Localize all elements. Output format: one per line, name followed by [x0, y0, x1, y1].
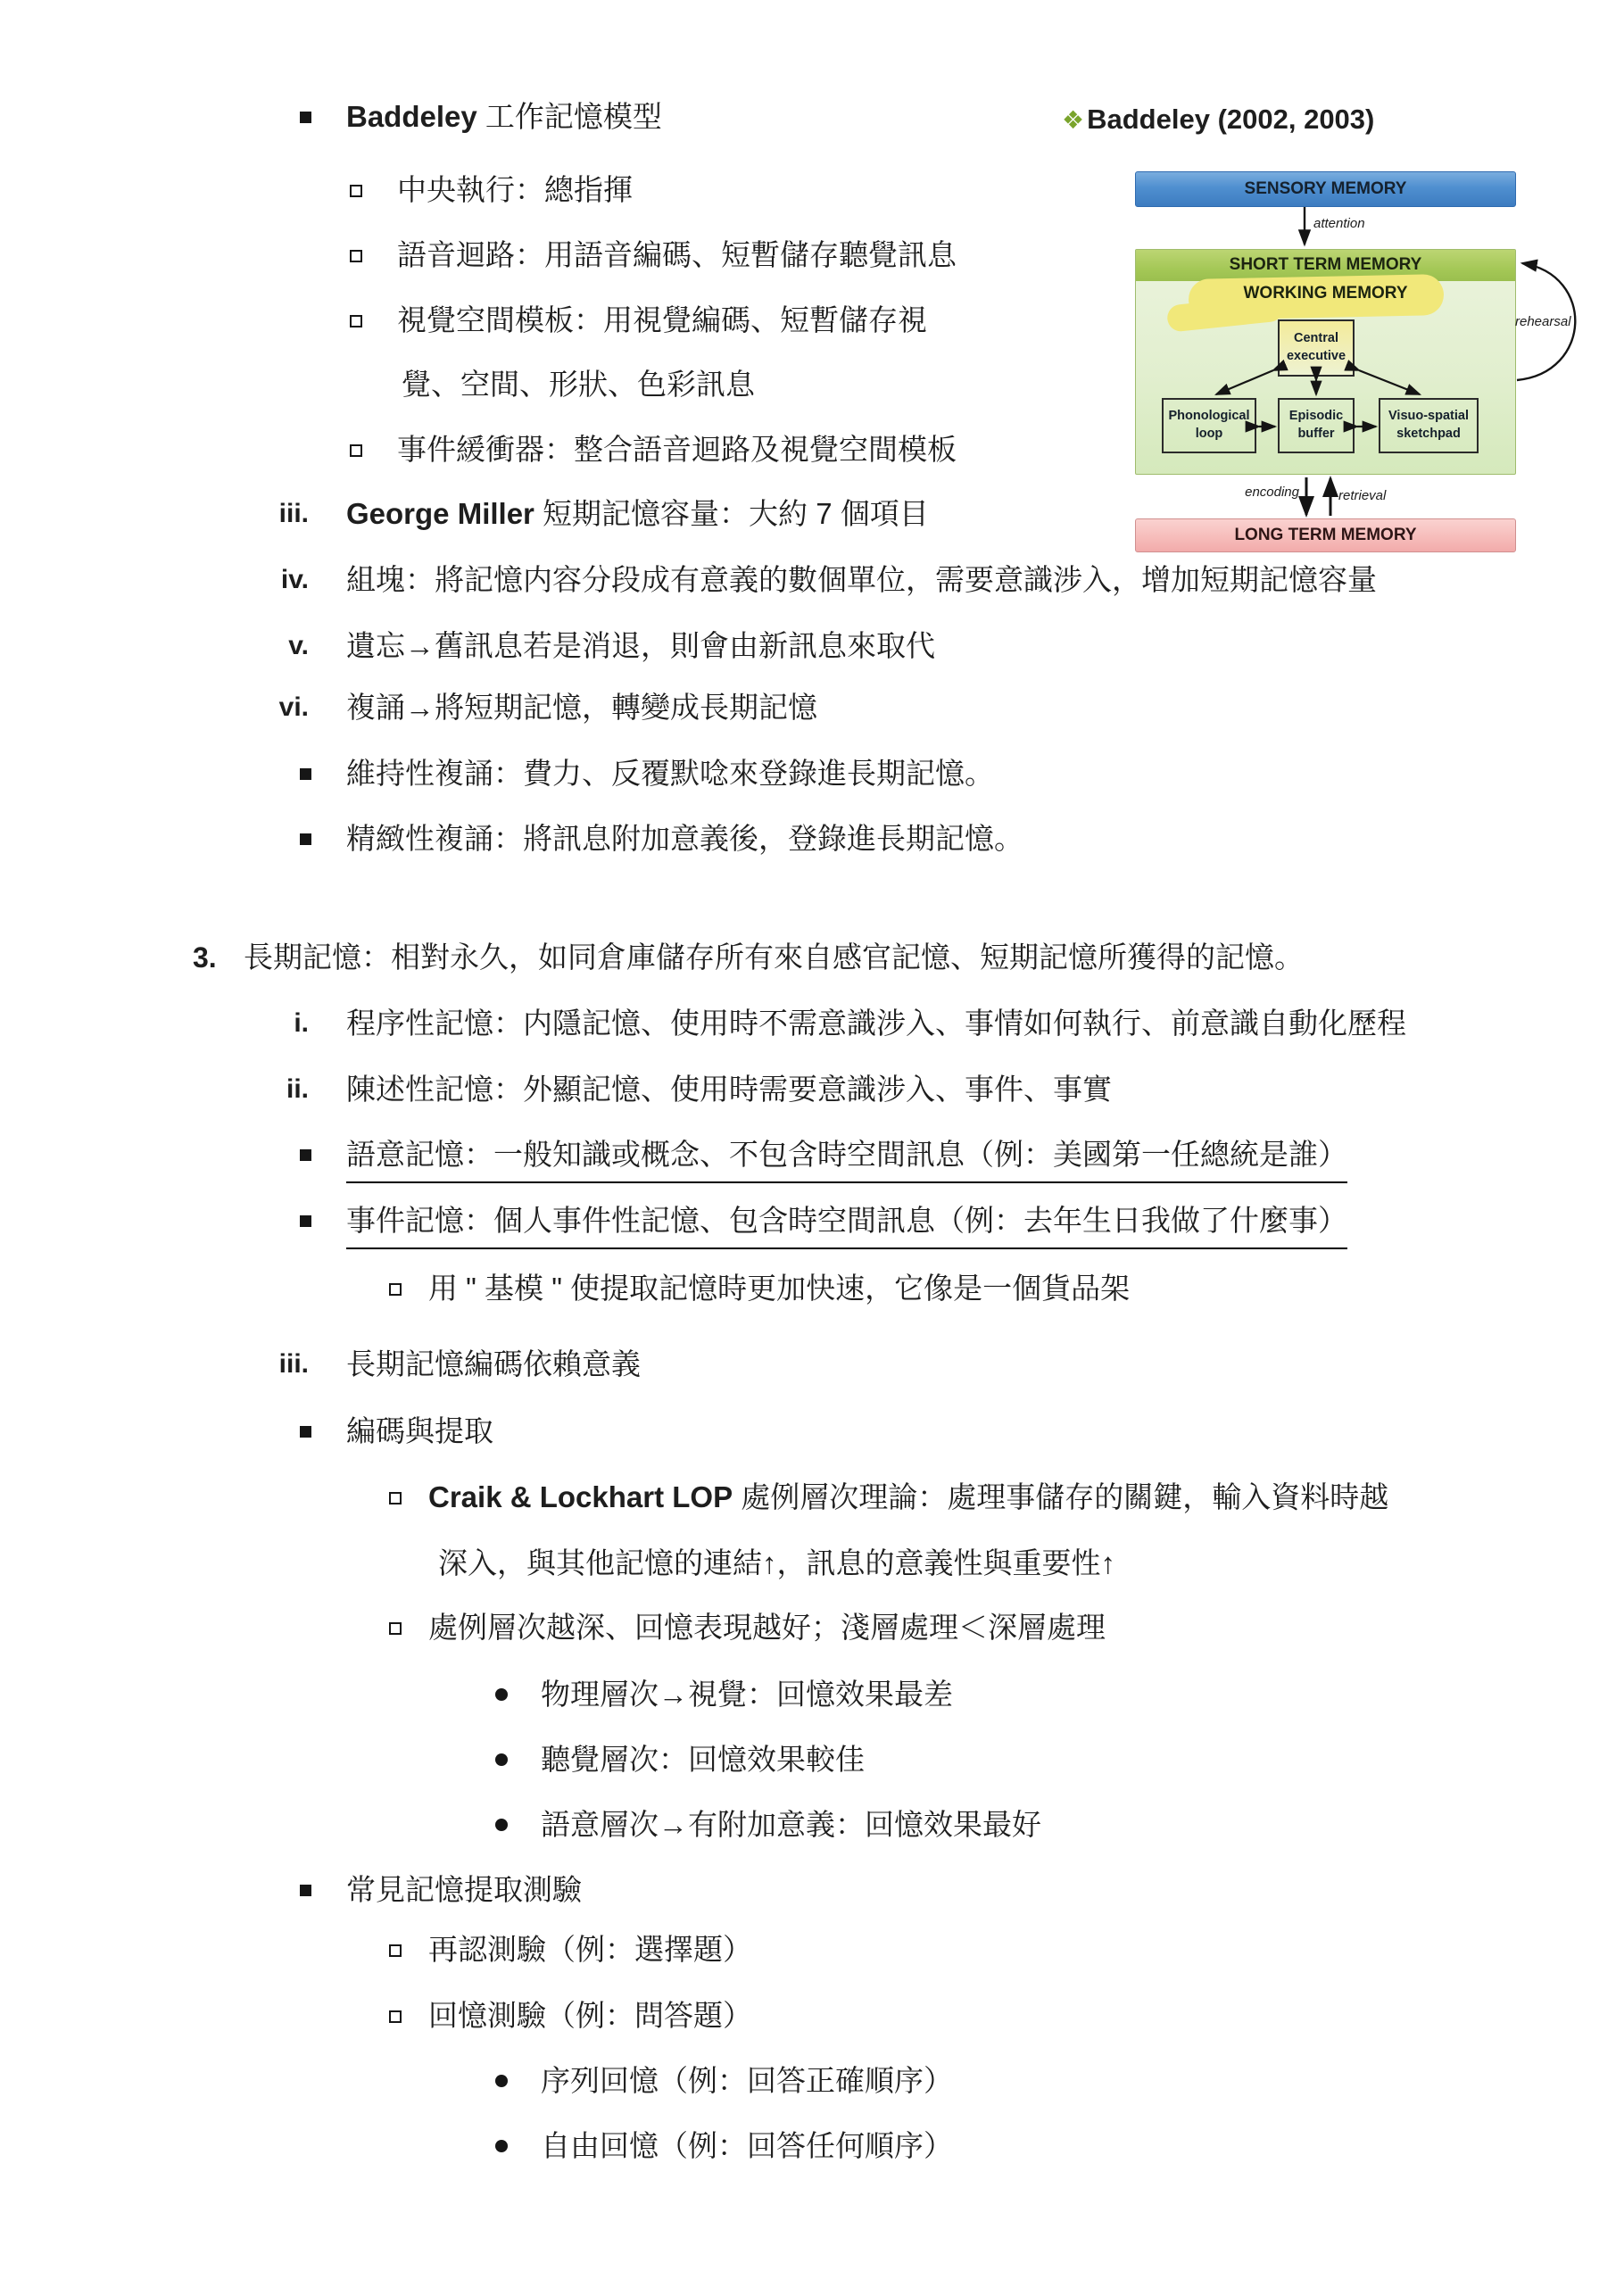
outline-line: iii. 長期記憶編碼依賴意義 [0, 1344, 1624, 1385]
line-text: Craik & Lockhart LOP 處例層次理論：處理事儲存的關鍵，輸入資… [428, 1477, 1388, 1518]
filled-square-bullet-icon [300, 1149, 311, 1161]
roman-numeral: i. [212, 1003, 309, 1044]
line-text: 長期記憶編碼依賴意義 [346, 1344, 641, 1385]
line-text: 用 " 基模 " 使提取記憶時更加快速，它像是一個貨品架 [428, 1268, 1130, 1309]
hollow-square-bullet-icon [389, 1492, 402, 1504]
sensory-memory-box: SENSORY MEMORY [1135, 171, 1516, 207]
line-text: 處例層次越深、回憶表現越好；淺層處理＜深層處理 [428, 1607, 1106, 1648]
retrieval-label: retrieval [1338, 488, 1386, 503]
outline-line: 處例層次越深、回憶表現越好；淺層處理＜深層處理 [0, 1607, 1624, 1648]
outline-line: iv. 組塊：將記憶内容分段成有意義的數個單位，需要意識涉入，增加短期記憶容量 [0, 559, 1624, 601]
dot-bullet-icon [495, 1753, 508, 1766]
outline-line: 序列回憶（例：回答正確順序） [0, 2060, 1624, 2101]
line-text: 複誦→將短期記憶，轉變成長期記憶 [346, 687, 817, 728]
hollow-square-bullet-icon [389, 2010, 402, 2023]
outline-line-continuation: 深入，與其他記憶的連結↑，訊息的意義性與重要性↑ [0, 1543, 1624, 1584]
line-text: 組塊：將記憶内容分段成有意義的數個單位，需要意識涉入，增加短期記憶容量 [346, 559, 1377, 601]
outline-line: 編碼與提取 [0, 1411, 1624, 1452]
list-number: 3. [193, 937, 246, 978]
line-text: 回憶測驗（例：問答題） [428, 1995, 752, 2036]
roman-numeral: iii. [212, 493, 309, 535]
hollow-square-bullet-icon [389, 1944, 402, 1957]
central-executive-box: Central executive [1278, 319, 1355, 377]
encoding-label: encoding [1221, 485, 1299, 500]
caption-years: (2002, 2003) [1210, 104, 1374, 135]
roman-numeral: v. [212, 626, 309, 667]
line-text: Baddeley 工作記憶模型 [346, 96, 662, 137]
outline-line: Baddeley 工作記憶模型 [0, 96, 1624, 137]
line-text: 事件記憶：個人事件性記憶、包含時空間訊息（例：去年生日我做了什麼事） [346, 1200, 1347, 1249]
phonological-loop-box: Phonological loop [1162, 398, 1256, 453]
filled-square-bullet-icon [300, 1426, 311, 1438]
line-text: 中央執行：總指揮 [397, 170, 633, 211]
line-text: 物理層次→視覺：回憶效果最差 [541, 1674, 953, 1715]
diamond-bullet-icon: ❖ [1062, 106, 1084, 134]
line-text: 視覺空間模板：用視覺編碼、短暫儲存視 [397, 300, 927, 341]
line-text: 維持性複誦：費力、反覆默唸來登錄進長期記憶。 [346, 753, 994, 794]
dot-bullet-icon [495, 2140, 508, 2152]
line-text: 長期記憶：相對永久，如同倉庫儲存所有來自感官記憶、短期記憶所獲得的記憶。 [244, 937, 1304, 978]
line-text: 語意層次→有附加意義：回憶效果最好 [541, 1804, 1041, 1845]
line-text: 常見記憶提取測驗 [346, 1869, 582, 1911]
line-text: 語意記憶：一般知識或概念、不包含時空間訊息（例：美國第一任總統是誰） [346, 1134, 1347, 1183]
episodic-buffer-box: Episodic buffer [1278, 398, 1355, 453]
line-text: 遺忘→舊訊息若是消退，則會由新訊息來取代 [346, 626, 935, 667]
outline-line: 語意層次→有附加意義：回憶效果最好 [0, 1804, 1624, 1845]
line-text: George Miller 短期記憶容量：大約 7 個項目 [346, 493, 929, 535]
line-text: 序列回憶（例：回答正確順序） [541, 2060, 953, 2101]
outline-line: 再認測驗（例：選擇題） [0, 1929, 1624, 1970]
outline-line: 常見記憶提取測驗 [0, 1869, 1624, 1911]
line-text: 程序性記憶：内隱記憶、使用時不需意識涉入、事情如何執行、前意識自動化歷程 [346, 1003, 1406, 1044]
filled-square-bullet-icon [300, 1215, 311, 1227]
line-text: 聽覺層次：回憶效果較佳 [541, 1739, 865, 1780]
roman-numeral: ii. [212, 1069, 309, 1110]
line-text: 自由回憶（例：回答任何順序） [541, 2126, 953, 2167]
roman-numeral: iii. [212, 1344, 309, 1385]
diagram-caption: ❖Baddeley (2002, 2003) [1062, 104, 1374, 136]
hollow-square-bullet-icon [389, 1283, 402, 1296]
outline-line: 物理層次→視覺：回憶效果最差 [0, 1674, 1624, 1715]
caption-author: Baddeley [1087, 104, 1210, 135]
long-term-memory-box: LONG TERM MEMORY [1135, 518, 1516, 552]
attention-label: attention [1313, 216, 1365, 231]
line-text: 覺、空間、形狀、色彩訊息 [402, 364, 755, 405]
line-text: 精緻性複誦：將訊息附加意義後，登錄進長期記憶。 [346, 818, 1023, 859]
outline-line: 精緻性複誦：將訊息附加意義後，登錄進長期記憶。 [0, 818, 1624, 859]
filled-square-bullet-icon [300, 833, 311, 845]
filled-square-bullet-icon [300, 1885, 311, 1896]
hollow-square-bullet-icon [350, 444, 362, 457]
outline-line: 用 " 基模 " 使提取記憶時更加快速，它像是一個貨品架 [0, 1268, 1624, 1309]
outline-line: 事件記憶：個人事件性記憶、包含時空間訊息（例：去年生日我做了什麼事） [0, 1200, 1624, 1249]
outline-line: ii. 陳述性記憶：外顯記憶、使用時需要意識涉入、事件、事實 [0, 1069, 1624, 1110]
visuospatial-sketchpad-box: Visuo-spatial sketchpad [1379, 398, 1479, 453]
hollow-square-bullet-icon [350, 185, 362, 197]
line-text: 再認測驗（例：選擇題） [428, 1929, 752, 1970]
hollow-square-bullet-icon [389, 1622, 402, 1635]
dot-bullet-icon [495, 1688, 508, 1701]
outline-line: v. 遺忘→舊訊息若是消退，則會由新訊息來取代 [0, 626, 1624, 667]
outline-line: 聽覺層次：回憶效果較佳 [0, 1739, 1624, 1780]
roman-numeral: vi. [212, 687, 309, 728]
working-memory-label: WORKING MEMORY [1135, 284, 1516, 303]
outline-line: 維持性複誦：費力、反覆默唸來登錄進長期記憶。 [0, 753, 1624, 794]
dot-bullet-icon [495, 1819, 508, 1831]
outline-line: 語意記憶：一般知識或概念、不包含時空間訊息（例：美國第一任總統是誰） [0, 1134, 1624, 1183]
outline-line: vi. 複誦→將短期記憶，轉變成長期記憶 [0, 687, 1624, 728]
hollow-square-bullet-icon [350, 315, 362, 327]
outline-line: Craik & Lockhart LOP 處例層次理論：處理事儲存的關鍵，輸入資… [0, 1477, 1624, 1518]
hollow-square-bullet-icon [350, 250, 362, 262]
outline-line: 3. 長期記憶：相對永久，如同倉庫儲存所有來自感官記憶、短期記憶所獲得的記憶。 [0, 937, 1624, 978]
outline-line: i. 程序性記憶：内隱記憶、使用時不需意識涉入、事情如何執行、前意識自動化歷程 [0, 1003, 1624, 1044]
line-text: 陳述性記憶：外顯記憶、使用時需要意識涉入、事件、事實 [346, 1069, 1112, 1110]
line-text: 語音迴路：用語音編碼、短暫儲存聽覺訊息 [397, 235, 957, 276]
filled-square-bullet-icon [300, 768, 311, 780]
outline-line: 自由回憶（例：回答任何順序） [0, 2126, 1624, 2167]
line-text: 深入，與其他記憶的連結↑，訊息的意義性與重要性↑ [438, 1543, 1115, 1584]
roman-numeral: iv. [212, 559, 309, 601]
line-text: 編碼與提取 [346, 1411, 493, 1452]
outline-line: 回憶測驗（例：問答題） [0, 1995, 1624, 2036]
filled-square-bullet-icon [300, 112, 311, 123]
line-text: 事件緩衝器：整合語音迴路及視覺空間模板 [397, 429, 957, 470]
dot-bullet-icon [495, 2075, 508, 2087]
rehearsal-label: rehearsal [1515, 314, 1571, 329]
